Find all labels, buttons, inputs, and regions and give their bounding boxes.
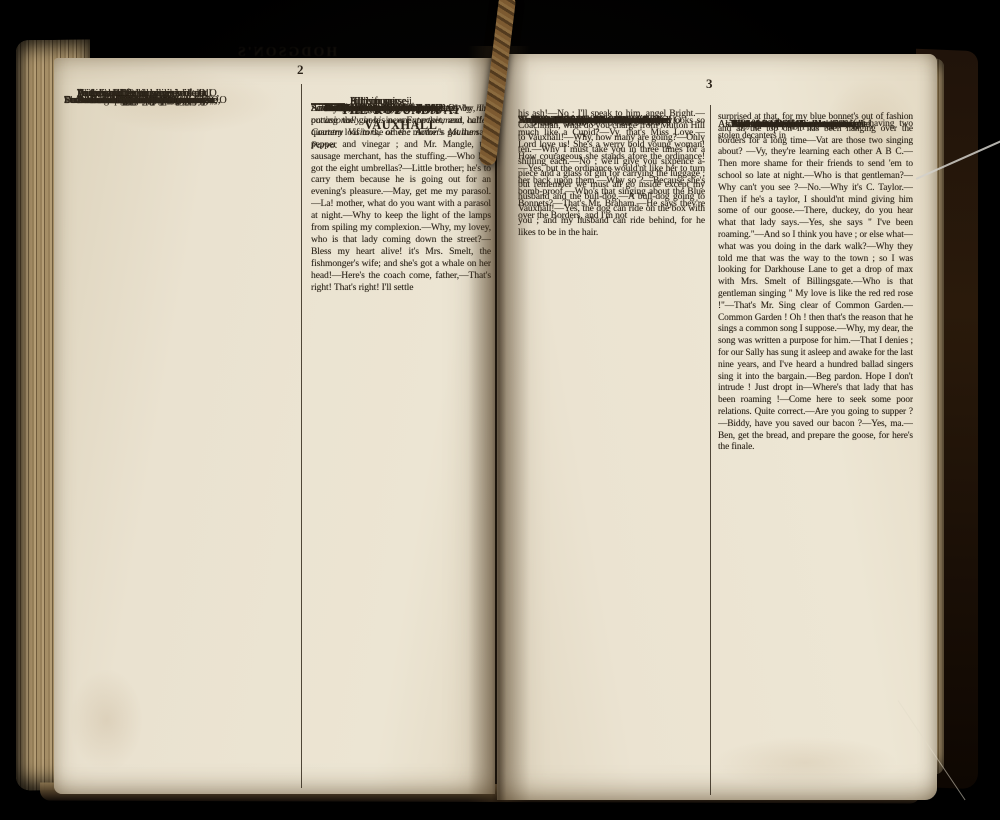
book-gutter-shadow <box>468 46 530 802</box>
bleed-through-text: HODGSON'S <box>236 45 337 61</box>
spoken-label: Spoken.] <box>729 119 779 131</box>
left-page: HODGSON'S 2 Voice it did go squalliriniT… <box>54 58 495 794</box>
spoken-label: Spoken.] <box>322 103 372 115</box>
prose-block: surprised at that, for my blue bonnet's … <box>718 112 913 454</box>
left-page-column-1: Voice it did go squalliriniTo the shrill… <box>64 88 292 789</box>
right-page-column-2: surprised at that, for my blue bonnet's … <box>718 112 913 796</box>
left-page-column-2: All is funniIn de money,Him no worsei,Fi… <box>311 96 491 790</box>
spoken-label: Spoken.] <box>529 115 579 127</box>
verse-line: Live in clover. <box>64 95 174 107</box>
left-page-number: 2 <box>297 62 305 78</box>
right-page-number: 3 <box>706 76 714 92</box>
prose-block: Spoken.] Why bless us, who's that lady t… <box>518 115 705 222</box>
right-page-column-1: his ash!—No ; I'll speak to him, angel B… <box>518 108 705 794</box>
prose-block: Spoken.] Yes, poor Bright was accused of… <box>718 119 913 143</box>
left-column-divider <box>301 84 302 788</box>
right-page: 3 his ash!—No ; I'll speak to him, angel… <box>497 54 937 800</box>
open-songbook-photograph: HODGSON'S 2 Voice it did go squalliriniT… <box>0 0 1000 820</box>
prose-block: Spoken.] Ben, what keeps you so long?—Wh… <box>311 103 491 294</box>
right-column-divider <box>710 105 711 795</box>
